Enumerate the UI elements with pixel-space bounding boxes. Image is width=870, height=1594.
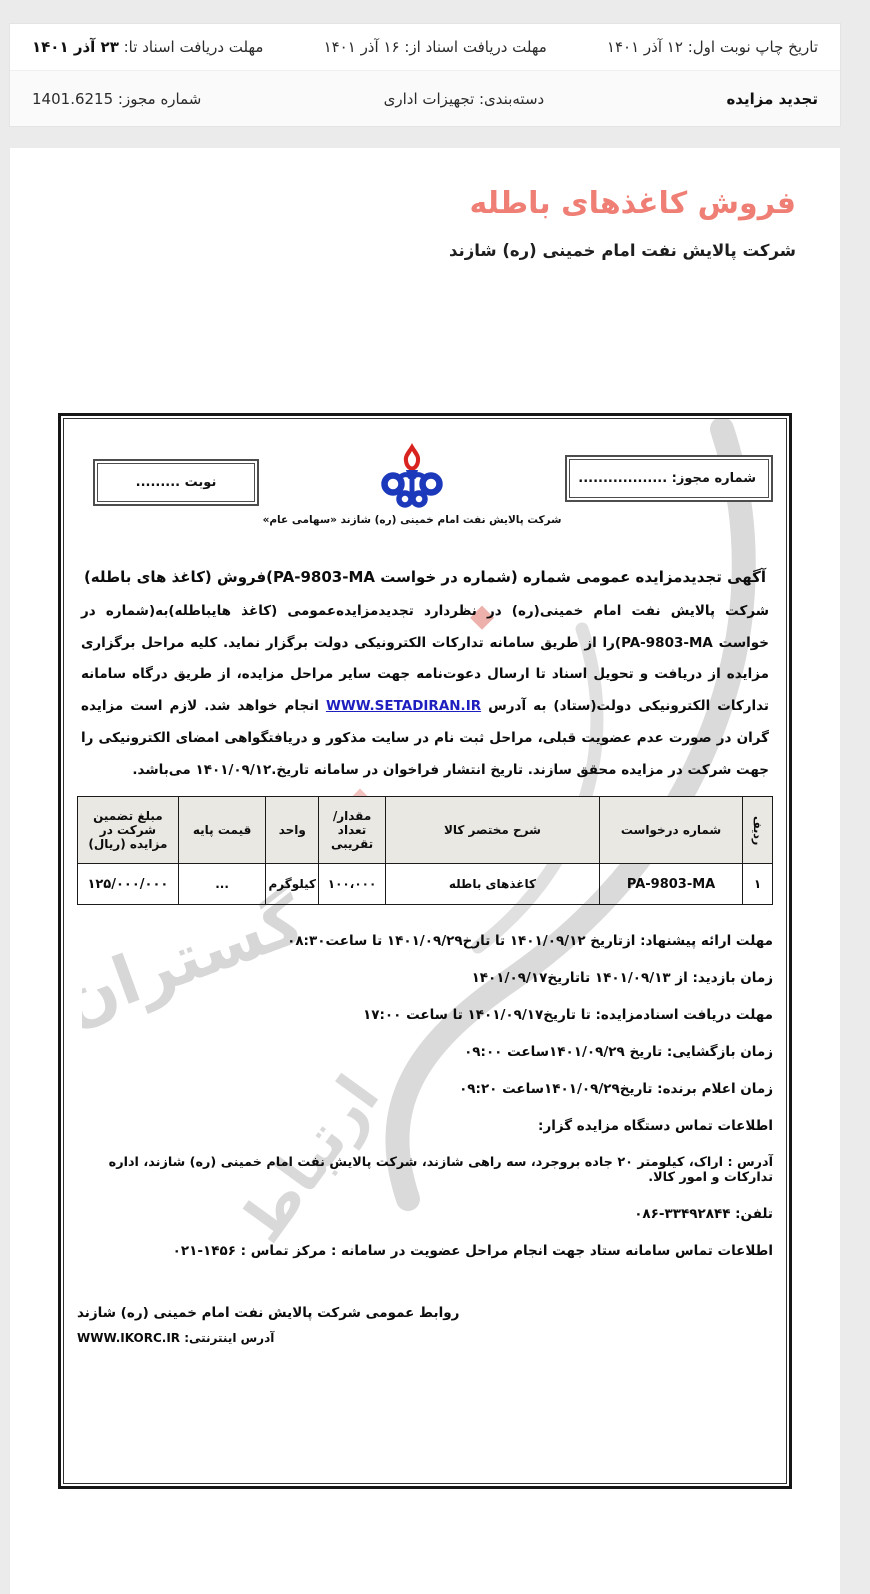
public-relations-line: روابط عمومی شرکت پالایش نفت امام خمینی (… <box>77 1305 773 1321</box>
col-row-number: ردیف <box>743 797 773 864</box>
visit-time-line: زمان بازدید: از ۱۴۰۱/۰۹/۱۳ تاتاریخ۱۴۰۱/۰… <box>77 949 773 986</box>
scanned-notice-inner: گستران ارتباط شماره مجوز: ..............… <box>63 418 787 1484</box>
cell-row-number: ۱ <box>743 864 773 905</box>
docs-deadline-line: مهلت دریافت اسنادمزایده: تا تاریخ۱۴۰۱/۰۹… <box>77 986 773 1023</box>
page-title: فروش کاغذهای باطله <box>10 148 840 221</box>
license-number-text: شماره مجوز: 1401.6215 <box>32 90 201 108</box>
col-unit: واحد <box>266 797 319 864</box>
table-header-row: ردیف شماره درخواست شرح مختصر کالا مقدار/… <box>78 797 773 864</box>
company-logo-block: شرکت پالایش نفت امام خمینی (ره) شازند «س… <box>263 441 562 526</box>
col-base-price: قیمت پایه <box>178 797 266 864</box>
address-line: آدرس : اراک، کیلومتر ۲۰ جاده بروجرد، سه … <box>77 1134 773 1185</box>
category-text: دسته‌بندی: تجهیزات اداری <box>384 90 545 108</box>
website-url: WWW.IKORC.IR <box>77 1331 180 1345</box>
scanned-notice-document: گستران ارتباط شماره مجوز: ..............… <box>58 413 792 1489</box>
col-request-number: شماره درخواست <box>599 797 742 864</box>
cell-item-description: کاغذهای باطله <box>385 864 599 905</box>
cell-quantity: ۱۰۰،۰۰۰ <box>319 864 386 905</box>
permit-number-text: شماره مجوز: .................. <box>569 459 769 498</box>
opening-time-line: زمان بازگشایی: تاریخ ۱۴۰۱/۰۹/۲۹ساعت ۰۹:۰… <box>77 1023 773 1060</box>
docs-until-text: مهلت دریافت اسناد تا: ۲۳ آذر ۱۴۰۱ <box>32 38 263 56</box>
company-caption: شرکت پالایش نفت امام خمینی (ره) شازند «س… <box>263 514 562 526</box>
cell-guarantee-amount: ۱۲۵/۰۰۰/۰۰۰ <box>78 864 179 905</box>
website-label: آدرس اینترنتی: <box>180 1331 274 1345</box>
setadiran-link[interactable]: WWW.SETADIRAN.IR <box>326 698 481 714</box>
schedule-and-contact: مهلت ارائه پیشنهاد: ازتاریخ ۱۴۰۱/۰۹/۱۲ ت… <box>77 933 773 1259</box>
meta-bar: تجدید مزایده دسته‌بندی: تجهیزات اداری شم… <box>10 70 840 126</box>
info-bars: تاریخ چاپ نوبت اول: ۱۲ آذر ۱۴۰۱ مهلت دری… <box>10 24 840 126</box>
notice-title: آگهی تجدیدمزایده عمومی شماره (شماره در خ… <box>77 568 773 586</box>
tender-type-text: تجدید مزایده <box>726 90 818 108</box>
contact-info-heading: اطلاعات تماس دستگاه مزایده گزار: <box>77 1097 773 1134</box>
nioc-logo-icon <box>380 441 444 511</box>
docs-until-label: مهلت دریافت اسناد تا: <box>119 38 264 56</box>
items-table: ردیف شماره درخواست شرح مختصر کالا مقدار/… <box>77 796 773 905</box>
page-subtitle: شرکت پالایش نفت امام خمینی (ره) شازند <box>10 241 796 260</box>
main-card: فروش کاغذهای باطله شرکت پالایش نفت امام … <box>10 148 840 1594</box>
winner-announcement-line: زمان اعلام برنده: تاریخ۱۴۰۱/۰۹/۲۹ساعت ۰۹… <box>77 1060 773 1097</box>
turn-text: نوبت ......... <box>97 463 255 502</box>
offer-deadline-line: مهلت ارائه پیشنهاد: ازتاریخ ۱۴۰۱/۰۹/۱۲ ت… <box>77 933 773 949</box>
phone-line: تلفن: ۳۳۴۹۲۸۴۴-۰۸۶ <box>77 1185 773 1222</box>
cell-base-price: ... <box>178 864 266 905</box>
turn-box: نوبت ......... <box>93 459 259 506</box>
col-item-description: شرح مختصر کالا <box>385 797 599 864</box>
cell-request-number: PA-9803-MA <box>599 864 742 905</box>
docs-until-value: ۲۳ آذر ۱۴۰۱ <box>32 38 119 56</box>
col-quantity: مقدار/ تعداد تقریبی <box>319 797 386 864</box>
print-date-text: تاریخ چاپ نوبت اول: ۱۲ آذر ۱۴۰۱ <box>607 38 818 56</box>
scan-header: شماره مجوز: .................. <box>77 443 773 526</box>
website-line: آدرس اینترنتی: WWW.IKORC.IR <box>77 1331 773 1345</box>
permit-number-box: شماره مجوز: .................. <box>565 455 773 502</box>
col-guarantee-amount: مبلغ تضمین شرکت در مزایده (ریال) <box>78 797 179 864</box>
docs-from-text: مهلت دریافت اسناد از: ۱۶ آذر ۱۴۰۱ <box>324 38 547 56</box>
notice-paragraph: شرکت پالایش نفت امام خمینی(ره) در نظردار… <box>81 596 769 786</box>
dates-bar: تاریخ چاپ نوبت اول: ۱۲ آذر ۱۴۰۱ مهلت دری… <box>10 24 840 70</box>
scan-footer: روابط عمومی شرکت پالایش نفت امام خمینی (… <box>77 1305 773 1345</box>
setad-contact-line: اطلاعات تماس سامانه ستاد جهت انجام مراحل… <box>77 1222 773 1259</box>
cell-unit: کیلوگرم <box>266 864 319 905</box>
table-row: ۱ PA-9803-MA کاغذهای باطله ۱۰۰،۰۰۰ کیلوگ… <box>78 864 773 905</box>
